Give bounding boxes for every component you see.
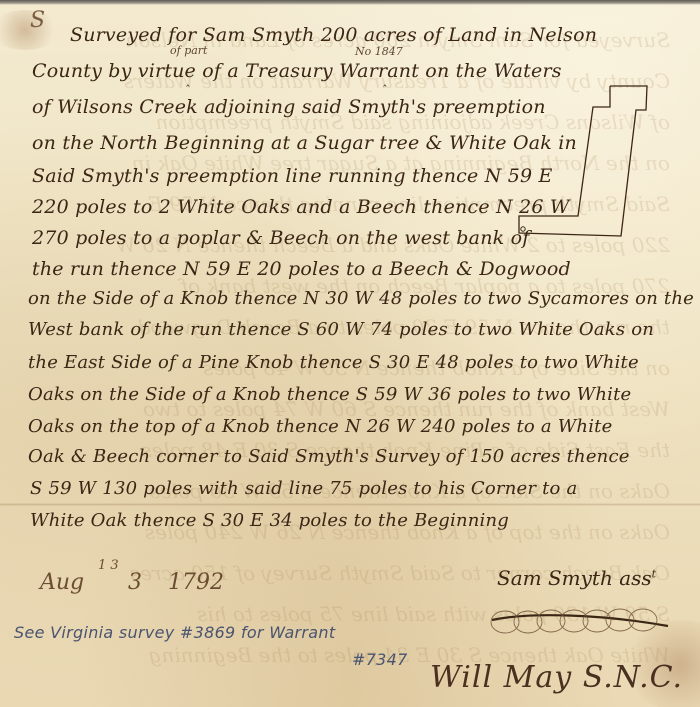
pencil-note-line1: See Virginia survey #3869 for Warrant (14, 623, 335, 642)
survey-text-line: White Oak thence S 30 E 34 poles to the … (30, 510, 509, 531)
paper-fold (0, 503, 700, 506)
date-year: 1792 (168, 570, 224, 595)
annotation-number: No 1847 (355, 45, 403, 58)
survey-text-line: Oaks on the Side of a Knob thence S 59 W… (28, 384, 631, 405)
header-mark: S (30, 8, 45, 33)
assignee-signature: Sam Smyth asst (497, 566, 656, 590)
assignee-suffix: ass (619, 566, 651, 590)
pencil-note-line2: #7347 (352, 650, 408, 669)
date-day: 3 (128, 570, 142, 595)
date-month: Aug (40, 570, 84, 595)
surveyor-signature: Will May S.N.C. (430, 660, 683, 695)
date-above-marks: 1 3 (98, 558, 119, 573)
survey-text-line: on the Side of a Knob thence N 30 W 48 p… (28, 288, 694, 309)
assignee-name: Sam Smyth (497, 566, 613, 590)
assignee-superscript: t (652, 567, 656, 580)
survey-text-line: S 59 W 130 poles with said line 75 poles… (30, 478, 577, 499)
survey-text-line: Surveyed for Sam Smyth 200 acres of Land… (70, 24, 597, 46)
survey-text-line: 270 poles to a poplar & Beech on the wes… (32, 227, 529, 249)
survey-text-line: Said Smyth's preemption line running the… (32, 165, 553, 187)
survey-text-line: of Wilsons Creek adjoining said Smyth's … (32, 96, 546, 118)
survey-text-line: Oaks on the top of a Knob thence N 26 W … (28, 416, 612, 437)
survey-text-line: West bank of the run thence S 60 W 74 po… (28, 319, 654, 340)
survey-text-line: the East Side of a Pine Knob thence S 30… (28, 352, 639, 373)
survey-text-line: County by virtue of a Treasury Warrant o… (32, 60, 562, 82)
survey-text-line: Oak & Beech corner to Said Smyth's Surve… (28, 446, 630, 467)
survey-text-line: the run thence N 59 E 20 poles to a Beec… (32, 258, 571, 280)
scan-top-edge (0, 0, 700, 5)
survey-text-line: 220 poles to 2 White Oaks and a Beech th… (32, 196, 570, 218)
survey-text-line: on the North Beginning at a Sugar tree &… (32, 132, 577, 154)
survey-document: Surveyed for Sam Smyth 200 acres of Land… (0, 0, 700, 707)
